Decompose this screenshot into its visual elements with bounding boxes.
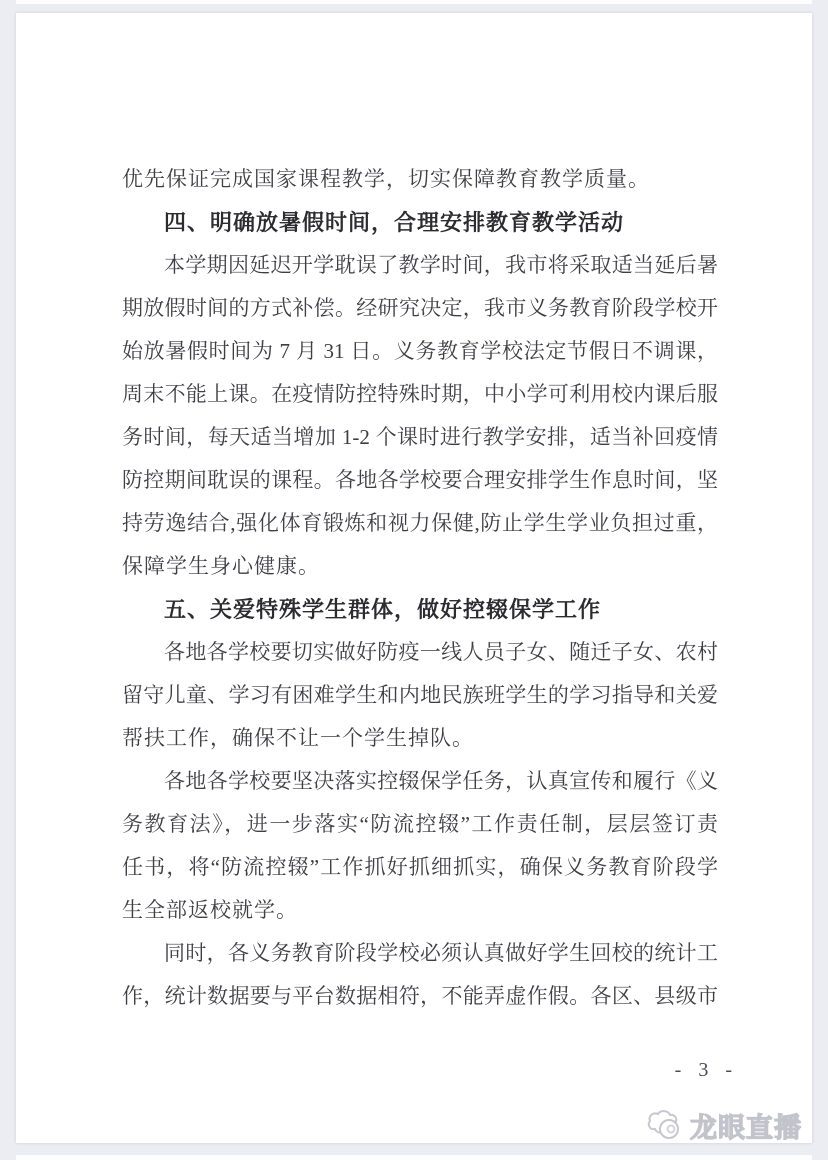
text-line: 生全部返校就学。 bbox=[122, 889, 718, 932]
text-line: 防控期间耽误的课程。各地各学校要合理安排学生作息时间，坚 bbox=[122, 459, 718, 502]
heading-line: 五、关爱特殊学生群体，做好控辍保学工作 bbox=[122, 588, 718, 631]
text-line: 作，统计数据要与平台数据相符，不能弄虚作假。各区、县级市 bbox=[122, 975, 718, 1018]
text-line: 本学期因延迟开学耽误了教学时间，我市将采取适当延后暑 bbox=[122, 244, 718, 287]
document-content: 优先保证完成国家课程教学，切实保障教育教学质量。四、明确放暑假时间，合理安排教育… bbox=[122, 158, 718, 1018]
text-line: 优先保证完成国家课程教学，切实保障教育教学质量。 bbox=[122, 158, 718, 201]
dragon-eye-logo-icon bbox=[644, 1107, 686, 1145]
text-line: 周末不能上课。在疫情防控特殊时期，中小学可利用校内课后服 bbox=[122, 373, 718, 416]
text-line: 任书，将“防流控辍”工作抓好抓细抓实，确保义务教育阶段学 bbox=[122, 846, 718, 889]
document-viewer: { "page": { "number_label": "- 3 -", "wa… bbox=[0, 0, 828, 1160]
watermark: 龙眼直播 bbox=[644, 1106, 802, 1145]
text-line: 留守儿童、学习有困难学生和内地民族班学生的学习指导和关爱 bbox=[122, 674, 718, 717]
text-line: 各地各学校要坚决落实控辍保学任务，认真宣传和履行《义 bbox=[122, 760, 718, 803]
text-line: 同时，各义务教育阶段学校必须认真做好学生回校的统计工 bbox=[122, 932, 718, 975]
text-line: 保障学生身心健康。 bbox=[122, 545, 718, 588]
next-page-edge bbox=[16, 1155, 812, 1160]
text-line: 始放暑假时间为 7 月 31 日。义务教育学校法定节假日不调课， bbox=[122, 330, 718, 373]
watermark-text: 龙眼直播 bbox=[690, 1106, 802, 1145]
text-line: 持劳逸结合,强化体育锻炼和视力保健,防止学生学业负担过重， bbox=[122, 502, 718, 545]
text-line: 帮扶工作，确保不让一个学生掉队。 bbox=[122, 717, 718, 760]
text-line: 各地各学校要切实做好防疫一线人员子女、随迁子女、农村 bbox=[122, 631, 718, 674]
text-line: 务教育法》，进一步落实“防流控辍”工作责任制，层层签订责 bbox=[122, 803, 718, 846]
previous-page-edge bbox=[16, 0, 812, 4]
page-number: - 3 - bbox=[675, 1059, 734, 1082]
document-page: 优先保证完成国家课程教学，切实保障教育教学质量。四、明确放暑假时间，合理安排教育… bbox=[16, 13, 812, 1143]
text-line: 期放假时间的方式补偿。经研究决定，我市义务教育阶段学校开 bbox=[122, 287, 718, 330]
text-line: 务时间，每天适当增加 1-2 个课时进行教学安排，适当补回疫情 bbox=[122, 416, 718, 459]
heading-line: 四、明确放暑假时间，合理安排教育教学活动 bbox=[122, 201, 718, 244]
